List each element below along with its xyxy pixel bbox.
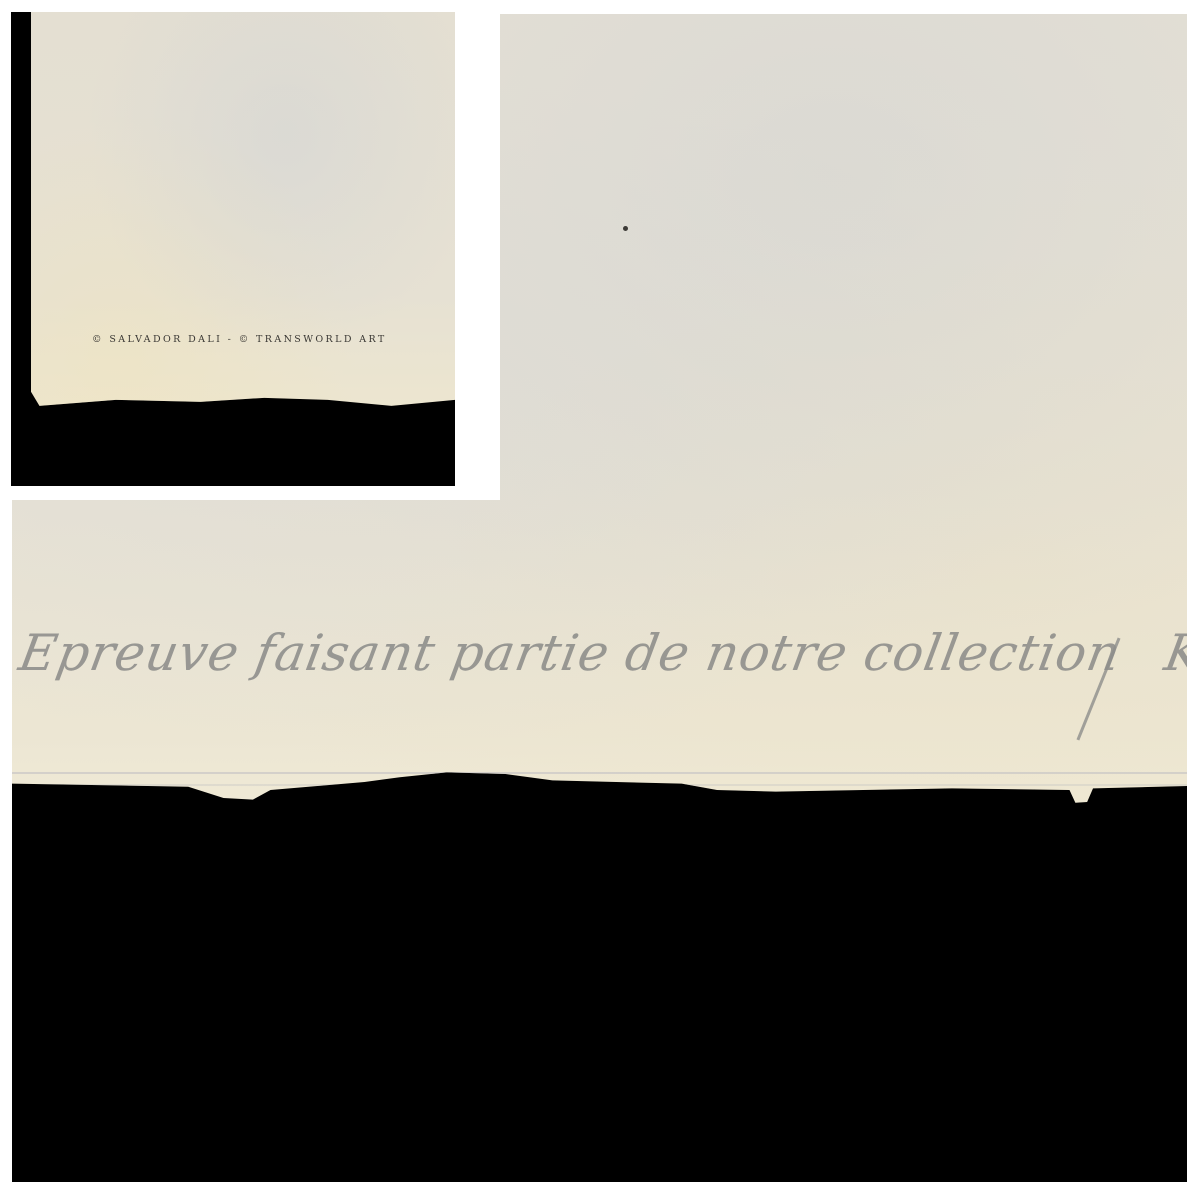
- deckle-edge-line: [12, 772, 1187, 774]
- deckle-edge-line: [12, 784, 1187, 786]
- inscription-text: Epreuve faisant partie de notre collecti…: [15, 624, 1126, 682]
- pencil-inscription: Epreuve faisant partie de notre collecti…: [15, 624, 1175, 682]
- signature-text: Klep: [1160, 624, 1187, 682]
- inset-paper-corner: [31, 12, 455, 416]
- paper-speck: [623, 226, 628, 231]
- copyright-stamp: © SALVADOR DALI - © TRANSWORLD ART: [92, 334, 387, 345]
- inset-photo-panel: © SALVADOR DALI - © TRANSWORLD ART: [11, 12, 455, 486]
